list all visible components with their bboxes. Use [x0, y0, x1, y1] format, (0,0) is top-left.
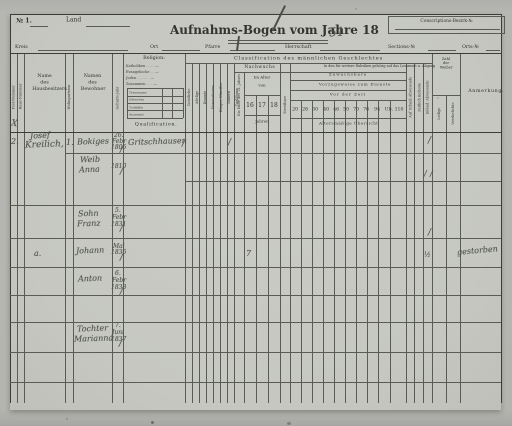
age-class: 94 — [373, 102, 381, 116]
handwritten-entry: / — [120, 167, 123, 177]
handwritten-entry: Anton — [78, 274, 102, 284]
age-class: 30 — [312, 102, 320, 116]
grid-line — [10, 295, 501, 296]
section-no-label: Sections-№ — [388, 44, 415, 49]
grid-line — [388, 16, 389, 33]
grid-line — [73, 53, 74, 403]
grid-line — [38, 50, 128, 51]
grid-line — [486, 50, 500, 51]
grid-line — [65, 53, 66, 403]
handwritten-entry: Bokiges — [77, 136, 109, 146]
wohnpartei-column-label: Wohnparteien — [67, 77, 71, 110]
land-label: Land — [66, 16, 81, 23]
right-column-label: Zeitlich Befreite — [417, 80, 421, 115]
right-column-label: Inländ. Abwesende — [426, 80, 430, 115]
religion-row: Evangelische . . — — [126, 71, 155, 74]
vor-der-zeit-label: Vor der Zeit — [319, 92, 377, 97]
handwritten-entry: 1836 — [111, 249, 126, 256]
religion-title: Religion: — [135, 55, 172, 60]
grid-line — [162, 50, 200, 51]
handwritten-entry: 1810 — [111, 163, 126, 170]
im-alter-label-2: von — [253, 83, 271, 88]
women-sub-columns: LedigeVerehelichte — [432, 95, 460, 132]
handwritten-entry: 1838 — [111, 284, 126, 291]
handwritten-entry: / — [120, 145, 123, 155]
grid-line — [10, 132, 501, 133]
right-columns: Auf Urlaub AbwesendeZeitlich BefreiteInl… — [406, 63, 432, 132]
grid-line — [228, 40, 328, 41]
status-column-label: Bauern — [227, 80, 231, 115]
grid-line — [388, 16, 505, 17]
religion-event-row: Trauungen — [129, 91, 144, 94]
grid-line — [10, 352, 501, 353]
form-number-label: № 1. — [16, 16, 32, 24]
grid-line — [24, 53, 25, 403]
status-column-label: Geistliche — [187, 80, 191, 115]
handwritten-entry: 7 — [246, 249, 251, 258]
religion-row: Zusammen . . . — — [126, 83, 155, 86]
grid-line — [10, 53, 501, 54]
handwritten-entry: 51 — [329, 24, 345, 39]
grid-line — [334, 100, 335, 403]
age-class: 46 — [332, 102, 340, 116]
handwritten-entry: a. — [34, 249, 41, 258]
handwritten-entry: 1831 — [111, 221, 126, 228]
grid-line — [10, 382, 501, 383]
grid-line — [10, 14, 501, 15]
form-title: Aufnahms-Bogen vom Jahre 18 — [170, 23, 332, 37]
grid-line — [356, 100, 357, 403]
grid-line — [123, 53, 124, 403]
grid-line — [228, 43, 328, 44]
grid-line — [10, 14, 11, 403]
bis-ende-column-label: Bis Ende des 14. Jahres — [237, 88, 242, 116]
grid-line — [312, 100, 313, 403]
anmerkung-label: Anmerkung. — [468, 88, 493, 93]
handwritten-entry: Kreilich, — [25, 139, 64, 150]
handwritten-entry: Marianna — [74, 333, 113, 343]
religion-event-row: Todtfälle — [129, 106, 144, 109]
age-class: 20 — [291, 102, 299, 116]
altersmaessige-label: Altersmäßige Übersicht — [319, 121, 377, 126]
status-column-label: Beamte — [203, 80, 207, 115]
stain — [287, 422, 291, 425]
religion-rows: Katholiken . . . . —Evangelische . . —Ju… — [126, 63, 184, 87]
grid-line — [446, 95, 447, 403]
herrschaft-label: Herrschaft — [285, 44, 311, 49]
handwritten-entry: Sohn — [78, 209, 99, 219]
status-column-label: Honoratioren — [211, 80, 215, 115]
grid-line — [378, 100, 379, 403]
grid-line — [86, 26, 130, 27]
classification-banner: Classification des männlichen Geschlecht… — [232, 55, 385, 61]
grid-line — [65, 153, 501, 154]
nachwuchs-title: Nachwuchs — [244, 64, 269, 69]
handwritten-entry: Anna — [79, 165, 100, 175]
stain — [66, 418, 68, 420]
nachwuchs-age-cells: 161718 — [244, 95, 280, 115]
grid-line — [290, 118, 406, 119]
age-class: 40 — [322, 102, 330, 116]
handwritten-entry: Franz — [77, 219, 101, 229]
right-column-label: Auf Urlaub Abwesende — [408, 80, 412, 115]
handwritten-entry: 7. — [115, 322, 121, 329]
women-sub-label: Ledige — [436, 104, 443, 123]
grid-line — [504, 16, 505, 33]
religion-event-box: TrauungenGeburtenTodtfälleAuswand. — [129, 89, 162, 119]
nachwuchs-age: 16 — [244, 95, 256, 115]
handwritten-entry: / — [119, 339, 122, 349]
handwritten-entry: Johann — [76, 246, 105, 256]
stain — [151, 421, 154, 424]
grid-line — [10, 267, 501, 268]
grid-line — [183, 88, 184, 118]
streitbare-column-label: Streitbare — [283, 82, 288, 114]
stain — [437, 97, 439, 99]
age-class: Üb. 110 — [384, 102, 403, 116]
women-group-title: Zahl der Weiber — [440, 57, 453, 69]
handwritten-entry: / — [228, 138, 231, 148]
grid-line — [290, 80, 406, 81]
handwritten-entry: / — [430, 169, 433, 178]
grid-line — [301, 100, 302, 403]
handwritten-entry: 5. — [115, 207, 121, 214]
grid-line — [112, 53, 113, 403]
main-group-line1: In den für weitere Rubriken gehörig auf … — [324, 64, 373, 68]
age-class-cells: 202630404650707694Üb. 110 — [290, 100, 406, 118]
grid-line — [460, 53, 461, 403]
status-columns: GeistlicheAdeligeBeamteHonoratiorenBürge… — [185, 63, 234, 132]
jahren-label: Jahren — [253, 119, 271, 124]
grid-line — [501, 14, 502, 403]
grid-line — [256, 95, 257, 403]
age-class: 26 — [301, 102, 309, 116]
grid-line — [10, 238, 501, 239]
handwritten-entry: / — [120, 287, 123, 297]
women-title-line: Weiber — [440, 65, 453, 69]
grid-line — [395, 29, 500, 30]
religion-row: Katholiken . . . . — — [126, 65, 155, 68]
handwritten-entry: / — [182, 139, 185, 149]
handwritten-entry: / — [424, 169, 427, 178]
age-class: 70 — [352, 102, 360, 116]
status-column-label: Bürger, Künstler — [219, 80, 223, 115]
grid-line — [290, 90, 406, 91]
grid-line — [390, 100, 391, 403]
religion-event-row: Auswand. — [129, 113, 144, 116]
kreis-label: Kreis — [15, 44, 28, 49]
grid-line — [323, 100, 324, 403]
nachwuchs-age: 17 — [256, 95, 268, 115]
owner-header-line: Hausbesitzers — [32, 85, 57, 92]
handwritten-entry: ½ — [424, 251, 431, 259]
handwritten-entry: / — [120, 253, 123, 263]
conscription-district-label: Conscriptions-Bezirk-№ — [414, 18, 478, 23]
handwritten-entry: 1. — [66, 138, 74, 147]
handwritten-entry: / — [120, 224, 123, 234]
handwritten-entry: / — [428, 228, 431, 238]
grid-line — [388, 33, 505, 34]
orts-no-label: Orts-№ — [462, 44, 479, 49]
im-alter-label-1: Im Alter — [253, 75, 271, 80]
handwritten-entry: / — [428, 136, 431, 146]
age-class: 76 — [363, 102, 371, 116]
religion-event-row: Geburten — [129, 98, 144, 101]
owner-column-header: Name des Hausbesitzers — [32, 72, 57, 92]
handwritten-entry: Febr — [112, 277, 126, 284]
resident-header-line: Bewohner — [81, 85, 104, 92]
resident-column-header: Namen des Bewohner — [81, 72, 104, 92]
geburtsjahr-column-label: Geburts-Jahr — [115, 77, 121, 110]
handwritten-entry: 6. — [115, 270, 121, 277]
vorzugsweise-label: Vorzugsweise zum Dienste — [319, 82, 377, 87]
grid-line — [428, 50, 456, 51]
nachwuchs-age: 18 — [268, 95, 280, 115]
haus-number-column-label: Haus-Nummer — [19, 77, 23, 110]
handwritten-entry: 1805 — [111, 144, 126, 151]
handwritten-entry: Febr — [112, 214, 126, 221]
handwritten-entry: Juni — [112, 329, 124, 336]
grid-line — [10, 322, 501, 323]
post-number-column-label: Post-Nummer — [12, 77, 16, 110]
pfarre-label: Pfarre — [205, 44, 220, 49]
grid-line — [30, 26, 48, 27]
grid-line — [244, 115, 280, 116]
grid-line — [268, 95, 269, 403]
grid-line — [10, 205, 501, 206]
age-class: 50 — [342, 102, 350, 116]
handwritten-entry: X — [10, 119, 18, 130]
handwritten-entry: Tochter — [77, 323, 108, 333]
ort-label: Ort — [150, 44, 158, 49]
religion-row: Juden . . . . . . — — [126, 77, 155, 80]
stain — [355, 8, 357, 10]
zuwachsbare-label: Zuwachsbare — [319, 72, 377, 77]
grid-line — [320, 50, 380, 51]
status-column-label: Adelige — [195, 80, 199, 115]
scanned-document: № 1. Land Aufnahms-Bogen vom Jahre 18 Co… — [0, 0, 512, 426]
grid-line — [367, 100, 368, 403]
women-sub-label: Verehelichte — [450, 104, 457, 123]
grid-line — [345, 100, 346, 403]
qualification-label: Qualification. — [135, 121, 173, 127]
grid-line — [185, 181, 501, 182]
handwritten-entry: Weib — [80, 155, 100, 165]
handwritten-entry: 2. — [11, 137, 19, 146]
